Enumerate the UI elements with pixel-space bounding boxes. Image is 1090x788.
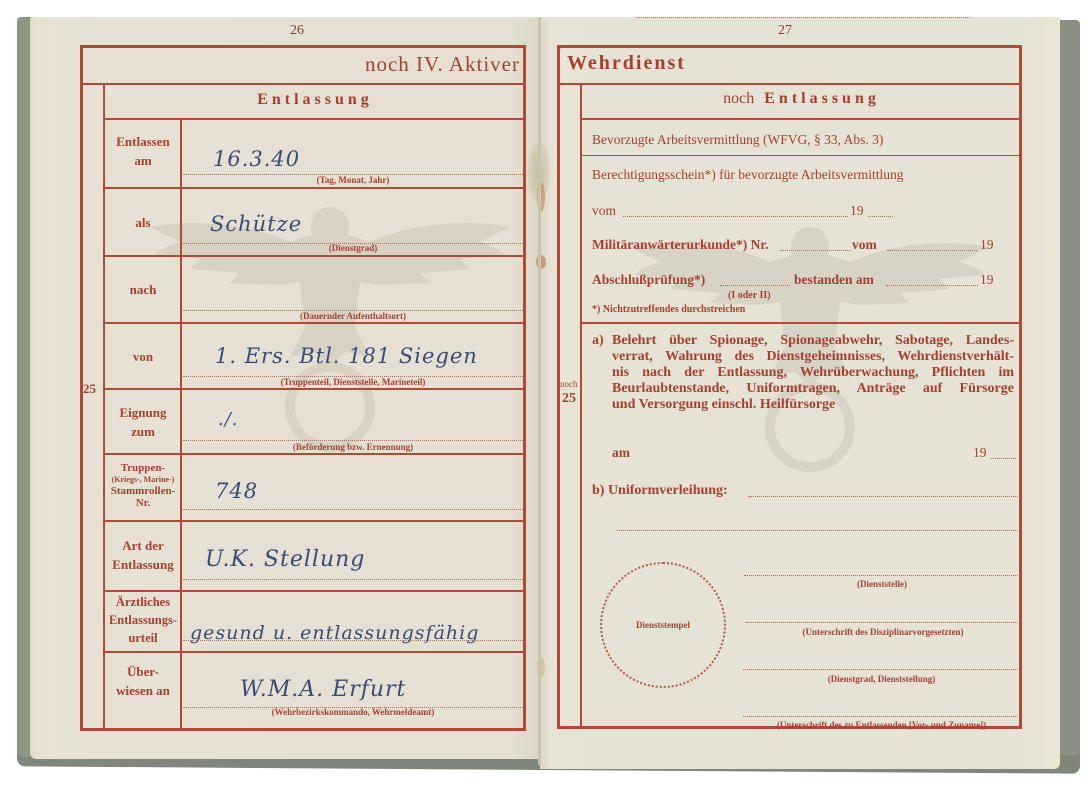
handwritten-transferred-to: W.M.A. Erfurt: [240, 677, 406, 702]
row-divider: [103, 651, 526, 653]
item-a-line: verrat, Wahrung des Dienstgeheimnisses, …: [612, 349, 1014, 365]
page-header: Wehrdienst: [567, 52, 686, 75]
caption: (Tag, Monat, Jahr): [183, 175, 523, 185]
row-divider: [103, 590, 526, 592]
row-label-medical-verdict: Ärztliches Entlassungs- urteil: [103, 593, 183, 647]
handwritten-unit: 1. Ers. Btl. 181 Siegen: [215, 344, 478, 368]
section-number: 25: [83, 381, 96, 397]
footnote: *) Nichtzutreffendes durchstreichen: [592, 304, 745, 315]
fill-line: [183, 579, 523, 580]
divider: [580, 118, 1022, 120]
handwritten-discharge-date: 16.3.40: [213, 147, 300, 171]
item-a-prefix: a): [592, 333, 604, 349]
row-label-as: als: [106, 213, 180, 232]
fill-line: [623, 216, 848, 217]
caption-supervisor-signature: (Unterschrift des Disziplinarvorgesetzte…: [746, 627, 1020, 637]
military-cert-vom: vom: [852, 237, 877, 253]
label-line: zum: [106, 422, 180, 441]
label-line: Ärztliches: [103, 593, 183, 611]
divider: [580, 155, 1022, 156]
row-divider: [103, 187, 526, 189]
row-label-discharge-type: Art der Entlassung: [106, 536, 180, 574]
item-b-label: b) Uniformverleihung:: [592, 483, 728, 499]
handwritten-discharge-type: U.K. Stellung: [205, 547, 365, 572]
label-line: (Kriegs-, Marine-): [106, 474, 180, 485]
page-header: noch IV. Aktiver: [365, 52, 520, 77]
item-a-line: nis nach der Entlassung, Wehrüberwachung…: [612, 365, 1014, 381]
row-divider: [103, 255, 526, 257]
handwritten-suitability: ./.: [218, 409, 239, 430]
fill-line: [617, 530, 1020, 531]
year-prefix: 19: [973, 445, 987, 461]
fill-line: [743, 716, 1020, 717]
row-divider: [103, 520, 526, 522]
stamp-label: Dienststempel: [600, 620, 726, 630]
preferred-employment-text: Bevorzugte Arbeitsvermittlung (WFVG, § 3…: [592, 132, 883, 148]
section-title-text: Entlassung: [764, 90, 880, 107]
row-divider: [103, 388, 526, 390]
left-page: 26 noch IV. Aktiver 25 Entlassung Entlas…: [30, 17, 540, 759]
label-line: Entlassungs-: [103, 611, 183, 629]
section-number-prefix: noch: [560, 379, 578, 389]
fill-line: [635, 17, 970, 18]
row-label-transferred-to: Über- wiesen an: [106, 662, 180, 700]
label-line: Art der: [106, 536, 180, 555]
am-label: am: [612, 445, 630, 461]
divider: [80, 83, 526, 85]
final-exam-sub: (I oder II): [728, 290, 771, 301]
handwritten-rank: Schütze: [210, 212, 302, 236]
row-label-suitability: Eignung zum: [106, 403, 180, 441]
year-prefix: 19: [980, 272, 994, 288]
fill-line: [743, 669, 1020, 670]
row-label-discharged-on: Entlassen am: [106, 132, 180, 170]
caption-rank-position: (Dienstgrad, Dienststellung): [743, 674, 1020, 684]
label-line: Über-: [106, 662, 180, 681]
label-line: Nr.: [106, 497, 180, 509]
divider: [103, 118, 526, 120]
handwritten-roll-number: 748: [215, 479, 258, 503]
caption-discharged-signature: (Unterschrift des zu Entlassenden [Vor- …: [743, 720, 1020, 730]
caption: (Dienstgrad): [183, 243, 523, 253]
fill-line: [183, 509, 523, 510]
item-a-text: Belehrt über Spionage, Spionageabwehr, S…: [612, 333, 1014, 413]
fill-line: [780, 250, 850, 251]
right-page: 27 Wehrdienst noch 25 noch Entlassung Be…: [540, 17, 1060, 769]
fill-line: [868, 216, 893, 217]
label-line: Stammrollen-: [106, 485, 180, 497]
caption-office: (Dienststelle): [744, 579, 1020, 589]
military-cert-label: Militäranwärterurkunde*) Nr.: [592, 237, 768, 253]
vom-label: vom: [592, 203, 616, 219]
row-divider: [103, 453, 526, 455]
section-title-prefix: noch: [723, 90, 754, 107]
spine-crease: [538, 17, 541, 765]
row-label-to: nach: [106, 280, 180, 299]
fill-line: [748, 496, 1020, 497]
label-line: wiesen an: [106, 681, 180, 700]
label-line: Entlassen: [106, 132, 180, 151]
item-a-line: und Versorgung einschl. Heilfürsorge: [612, 397, 1014, 413]
label-line: am: [106, 151, 180, 170]
page-number: 26: [290, 23, 304, 39]
section-title: noch Entlassung: [583, 90, 1020, 108]
fill-line: [744, 575, 1020, 576]
year-prefix: 19: [980, 237, 994, 253]
row-divider: [103, 322, 526, 324]
section-title: Entlassung: [106, 91, 524, 109]
fill-line: [183, 640, 523, 641]
label-line: urteil: [103, 629, 183, 647]
caption: (Wehrbezirkskommando, Wehrmeldeamt): [183, 707, 523, 717]
caption: (Truppenteil, Dienststelle, Marineteil): [183, 377, 523, 387]
row-label-roll-number: Truppen- (Kriegs-, Marine-) Stammrollen-…: [106, 462, 180, 509]
label-line: Truppen-: [106, 462, 180, 474]
fill-line: [886, 285, 978, 286]
section-column-divider: [580, 83, 582, 729]
fill-line: [887, 250, 977, 251]
year-prefix: 19: [850, 203, 864, 219]
label-line: Entlassung: [106, 555, 180, 574]
final-exam-label: Abschlußprüfung*): [592, 272, 705, 288]
final-exam-passed: bestanden am: [794, 272, 874, 288]
fill-line: [183, 440, 523, 441]
label-line: Eignung: [106, 403, 180, 422]
item-a-line: Beurlaubtenstande, Uniformtragen, Anträg…: [612, 381, 1014, 397]
fill-line: [991, 458, 1016, 459]
section-number: 25: [562, 391, 576, 407]
caption: (Beförderung bzw. Ernennung): [183, 442, 523, 452]
page-number: 27: [778, 23, 792, 39]
item-a-line: Belehrt über Spionage, Spionageabwehr, S…: [612, 333, 1014, 349]
row-label-from: von: [106, 347, 180, 366]
divider: [557, 83, 1022, 85]
caption: (Dauernder Aufenthaltsort): [183, 311, 523, 321]
header-text: noch IV. Aktiver: [365, 52, 520, 76]
certificate-text: Berechtigungsschein*) für bevorzugte Arb…: [592, 167, 904, 183]
divider: [580, 322, 1022, 324]
fill-line: [746, 622, 1020, 623]
fill-line: [720, 285, 790, 286]
